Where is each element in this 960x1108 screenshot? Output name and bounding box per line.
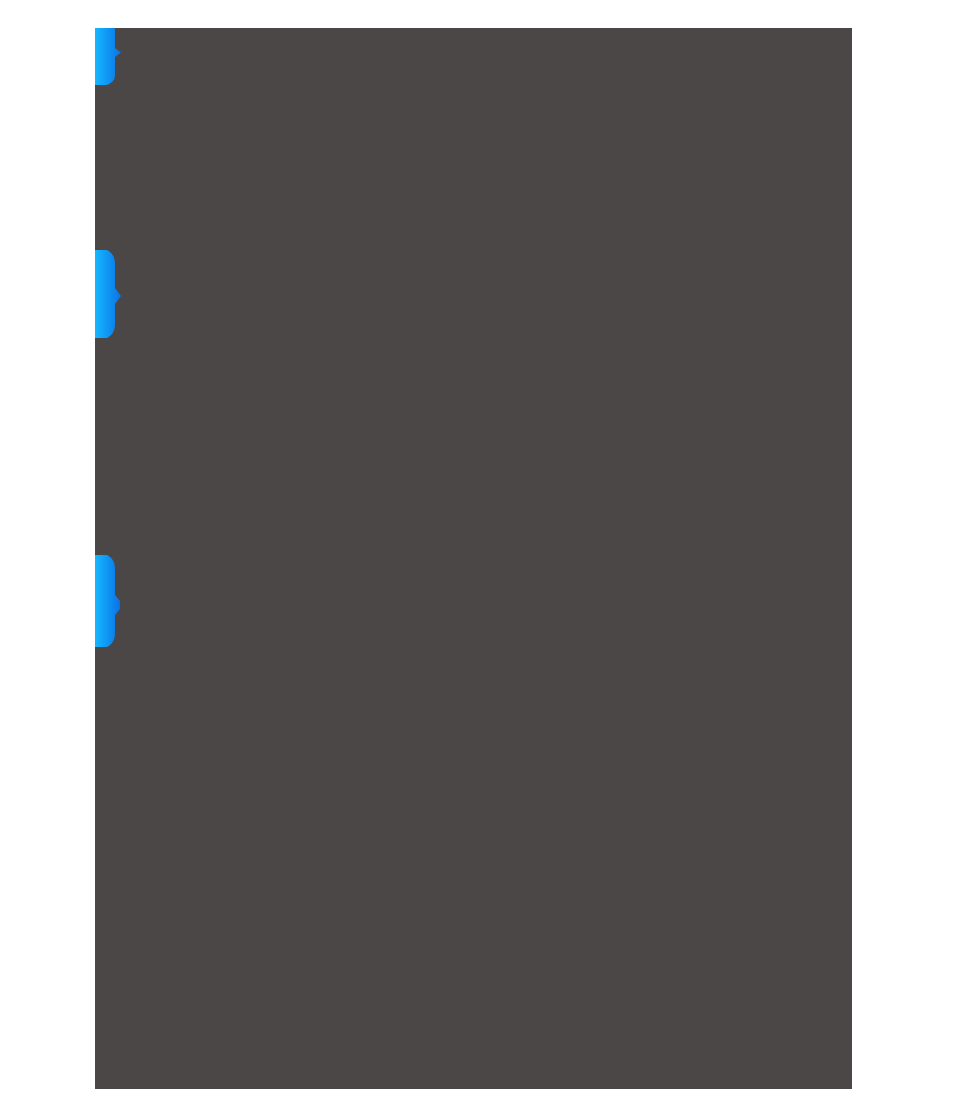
side-tab-label bbox=[95, 647, 96, 648]
content-panel bbox=[95, 28, 852, 1089]
side-tab-label bbox=[95, 85, 96, 86]
side-tab-label bbox=[95, 338, 96, 339]
side-tab-1[interactable] bbox=[95, 28, 121, 85]
tab-marker-icon bbox=[95, 250, 121, 338]
page-canvas bbox=[0, 0, 960, 1108]
tab-marker-icon bbox=[95, 28, 121, 85]
tab-marker-icon bbox=[95, 555, 121, 647]
side-tab-2[interactable] bbox=[95, 250, 121, 338]
side-tab-3[interactable] bbox=[95, 555, 121, 647]
